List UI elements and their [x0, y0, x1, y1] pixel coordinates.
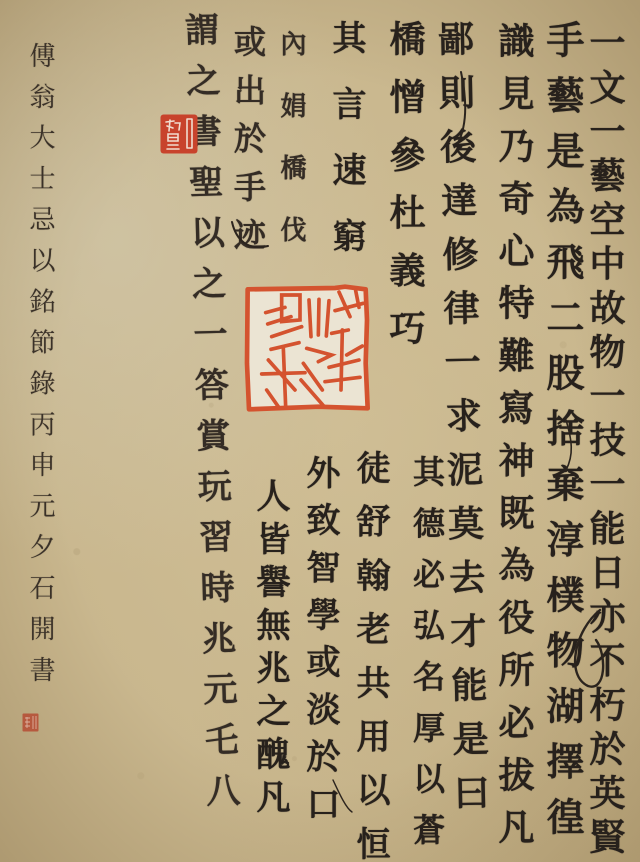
text-column-3: 識見乃奇心特難寫神既為役所必拔凡 [496, 22, 532, 844]
text-column-7-lower: 外致智學或淡於口 [303, 455, 337, 820]
text-column-8-lower: 人皆譽無兆之醜凡 [253, 478, 287, 813]
text-column-1: 一文一藝空中故物一技一能日亦不朽於英賢 [587, 24, 623, 854]
inscription-date: 丙申元夕 [25, 410, 55, 574]
inscription-title: 傅翁大士忌以銘節錄 [25, 42, 55, 410]
seal-small-lower [22, 713, 39, 732]
text-column-7-upper: 內娟橋伐 [278, 30, 304, 242]
text-column-5-lower: 其德必弘名厚以蒼 [411, 455, 443, 845]
seal-large-center [235, 280, 375, 415]
text-column-2: 手藝是為飛二股捨棄淳樸物湖擇徨 [543, 20, 581, 835]
seal-small-upper [160, 114, 198, 154]
text-column-6-lower: 徒舒翰老共用以恒 [353, 450, 387, 860]
text-column-8-upper: 或出於手迹 [232, 25, 264, 250]
inscription-signature: 石開書 [25, 574, 55, 682]
text-column-6-upper: 其言速窮 [329, 20, 363, 252]
inscription-column: 傅翁大士忌以銘節錄丙申元夕石開書 [27, 42, 53, 682]
text-column-5-upper: 橋憎參杜義巧 [387, 20, 423, 345]
calligraphy-artwork: 一文一藝空中故物一技一能日亦不朽於英賢 手藝是為飛二股捨棄淳樸物湖擇徨 識見乃奇… [0, 0, 640, 862]
